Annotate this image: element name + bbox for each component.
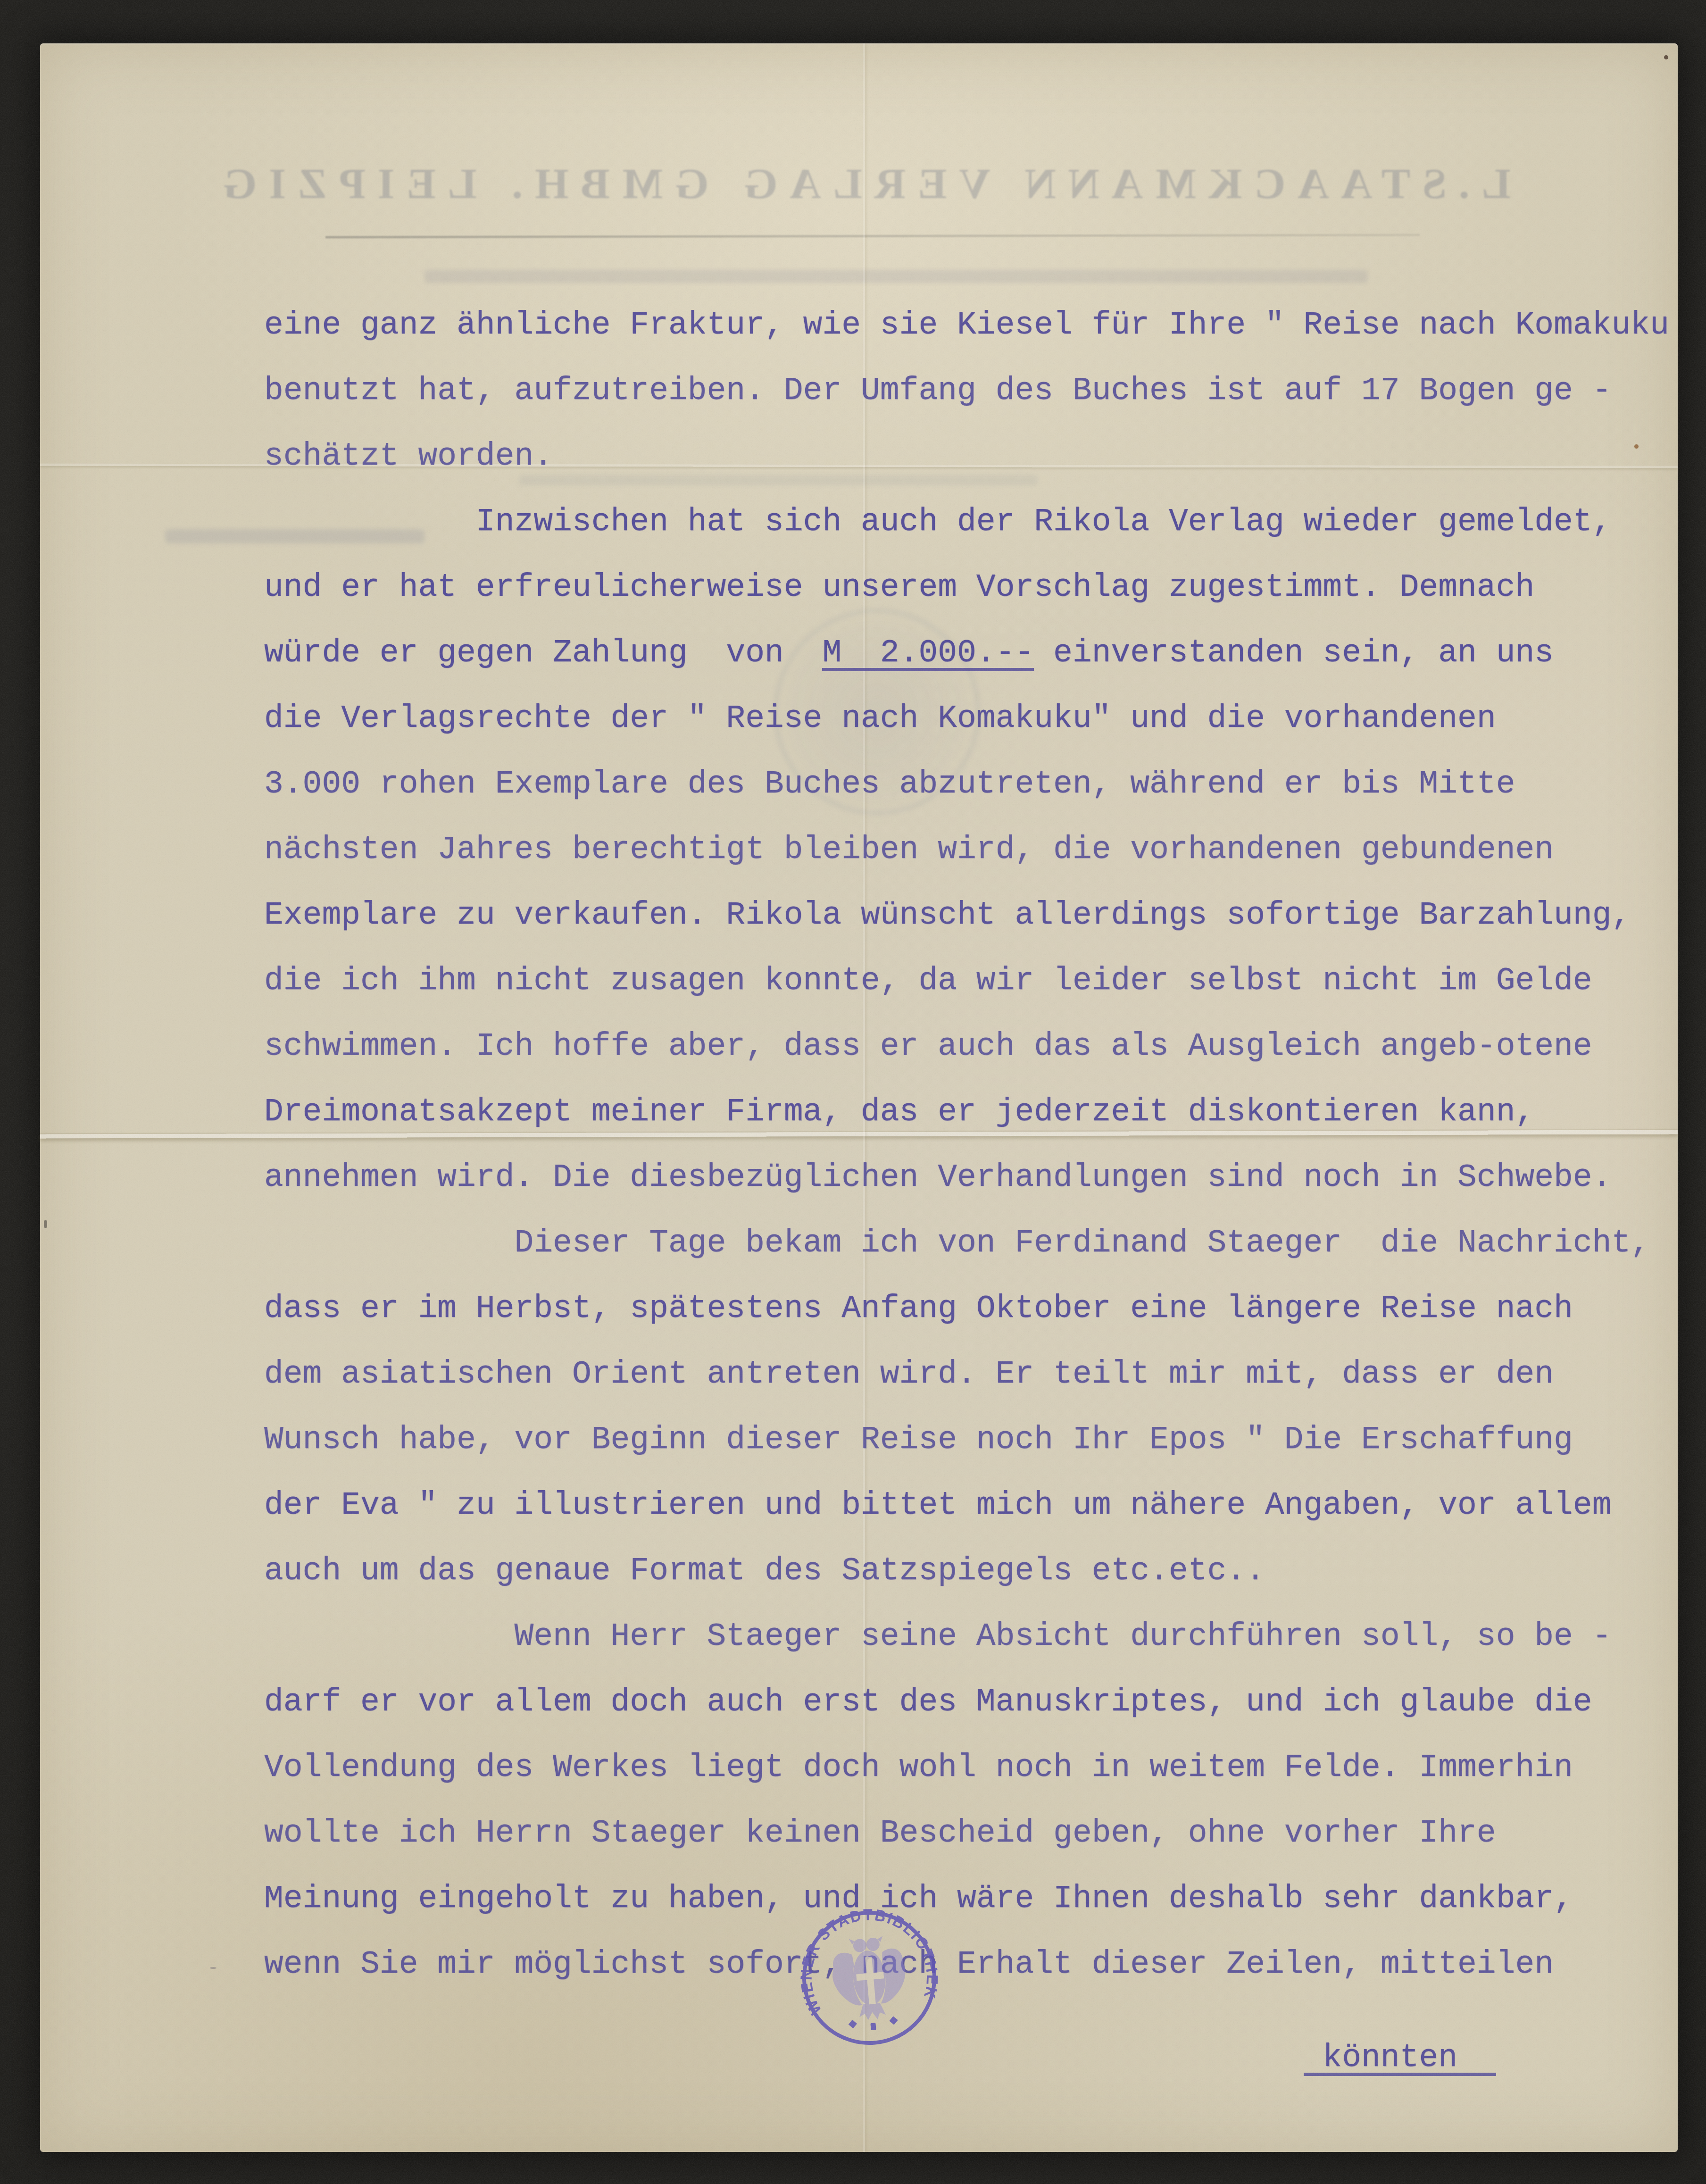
- letter-line: der Eva " zu illustrieren und bittet mic…: [264, 1473, 1679, 1538]
- letter-text-segment: dem asiatischen Orient antreten wird. Er…: [264, 1356, 1554, 1392]
- letter-line: Exemplare zu verkaufen. Rikola wünscht a…: [264, 883, 1679, 948]
- letter-text-segment: und er hat erfreulicherweise unserem Vor…: [264, 569, 1534, 606]
- letter-body: eine ganz ähnliche Fraktur, wie sie Kies…: [264, 292, 1679, 2091]
- letter-text-segment: benutzt hat, aufzutreiben. Der Umfang de…: [264, 373, 1611, 409]
- letter-text-segment: die Verlagsrechte der " Reise nach Komak…: [264, 700, 1496, 737]
- letter-line: würde er gegen Zahlung von M 2.000.-- ei…: [264, 620, 1679, 686]
- letter-text-segment: Dieser Tage bekam ich von Ferdinand Stae…: [264, 1225, 1650, 1261]
- stamp-bottom-diamonds: [848, 2016, 899, 2032]
- letter-text-segment: nächsten Jahres berechtigt bleiben wird,…: [264, 832, 1554, 868]
- bleedthrough-smudge: [424, 270, 1368, 283]
- letter-text-segment: Exemplare zu verkaufen. Rikola wünscht a…: [264, 897, 1631, 934]
- letter-line: auch um das genaue Format des Satzspiege…: [264, 1538, 1679, 1604]
- letter-line: die ich ihm nicht zusagen konnte, da wir…: [264, 948, 1679, 1014]
- letter-line: Dieser Tage bekam ich von Ferdinand Stae…: [264, 1210, 1679, 1276]
- letter-line: wenn Sie mir möglichst sofort, nach Erha…: [264, 1932, 1679, 1997]
- underlined-text: M 2.000.--: [822, 635, 1034, 671]
- letter-text-segment: schwimmen. Ich hoffe aber, dass er auch …: [264, 1028, 1592, 1065]
- letter-line: schwimmen. Ich hoffe aber, dass er auch …: [264, 1014, 1679, 1079]
- letter-line: Wenn Herr Staeger seine Absicht durchfüh…: [264, 1604, 1679, 1669]
- paper-speck: [1634, 444, 1639, 449]
- bleedthrough-letterhead: L.STAACKMANN VERLAG GMBH. LEIPZIG: [134, 158, 1587, 215]
- letter-text-segment: Wenn Herr Staeger seine Absicht durchfüh…: [264, 1618, 1611, 1655]
- letter-text-segment: auch um das genaue Format des Satzspiege…: [264, 1553, 1265, 1589]
- letter-line: und er hat erfreulicherweise unserem Vor…: [264, 555, 1679, 620]
- letter-line: 3.000 rohen Exemplare des Buches abzutre…: [264, 751, 1679, 817]
- letter-line: Dreimonatsakzept meiner Firma, das er je…: [264, 1079, 1679, 1145]
- paper-speck: [1664, 55, 1668, 59]
- letter-line: die Verlagsrechte der " Reise nach Komak…: [264, 686, 1679, 751]
- letter-line: eine ganz ähnliche Fraktur, wie sie Kies…: [264, 292, 1679, 358]
- letter-line: Inzwischen hat sich auch der Rikola Verl…: [264, 489, 1679, 555]
- letter-line: dem asiatischen Orient antreten wird. Er…: [264, 1342, 1679, 1407]
- letter-text-segment: Dreimonatsakzept meiner Firma, das er je…: [264, 1094, 1534, 1130]
- letter-text-segment: schätzt worden.: [264, 438, 553, 475]
- letter-line: Meinung eingeholt zu haben, und ich wäre…: [264, 1866, 1679, 1932]
- letter-text-segment: wollte ich Herrn Staeger keinen Bescheid…: [264, 1815, 1496, 1851]
- letter-text-segment: die ich ihm nicht zusagen konnte, da wir…: [264, 963, 1592, 999]
- letter-text-segment: dass er im Herbst, spätestens Anfang Okt…: [264, 1291, 1573, 1327]
- letter-text-segment: [264, 2040, 1304, 2076]
- paper-speck: [210, 1967, 216, 1969]
- letter-text-segment: darf er vor allem doch auch erst des Man…: [264, 1684, 1592, 1720]
- letter-line: benutzt hat, aufzutreiben. Der Umfang de…: [264, 358, 1679, 424]
- letter-line: dass er im Herbst, spätestens Anfang Okt…: [264, 1276, 1679, 1342]
- letter-text-segment: würde er gegen Zahlung von: [264, 635, 822, 671]
- letter-line: wollte ich Herrn Staeger keinen Bescheid…: [264, 1801, 1679, 1866]
- letter-text-segment: der Eva " zu illustrieren und bittet mic…: [264, 1487, 1611, 1524]
- paper-speck: [44, 1220, 47, 1228]
- letter-text-segment: 3.000 rohen Exemplare des Buches abzutre…: [264, 766, 1515, 802]
- underlined-text: könnten: [1304, 2040, 1496, 2076]
- letter-text-segment: einverstanden sein, an uns: [1034, 635, 1554, 671]
- letter-text-segment: Vollendung des Werkes liegt doch wohl no…: [264, 1750, 1573, 1786]
- letter-text-segment: annehmen wird. Die diesbezüglichen Verha…: [264, 1159, 1611, 1196]
- letter-line: Wunsch habe, vor Beginn dieser Reise noc…: [264, 1407, 1679, 1473]
- letter-text-segment: eine ganz ähnliche Fraktur, wie sie Kies…: [264, 307, 1669, 343]
- letter-line: Vollendung des Werkes liegt doch wohl no…: [264, 1735, 1679, 1801]
- letter-line: könnten: [264, 2025, 1679, 2091]
- letter-line: annehmen wird. Die diesbezüglichen Verha…: [264, 1145, 1679, 1210]
- bleedthrough-letterhead-rule: [325, 234, 1420, 239]
- letter-paper: L.STAACKMANN VERLAG GMBH. LEIPZIG eine g…: [40, 43, 1678, 2152]
- letter-line: nächsten Jahres berechtigt bleiben wird,…: [264, 817, 1679, 883]
- letter-line: schätzt worden.: [264, 424, 1679, 489]
- library-stamp: WIENER STADTBIBLIOTHEK: [799, 1907, 940, 2049]
- letter-text-segment: Inzwischen hat sich auch der Rikola Verl…: [264, 504, 1611, 540]
- letter-text-segment: Wunsch habe, vor Beginn dieser Reise noc…: [264, 1422, 1573, 1458]
- letter-line: darf er vor allem doch auch erst des Man…: [264, 1669, 1679, 1735]
